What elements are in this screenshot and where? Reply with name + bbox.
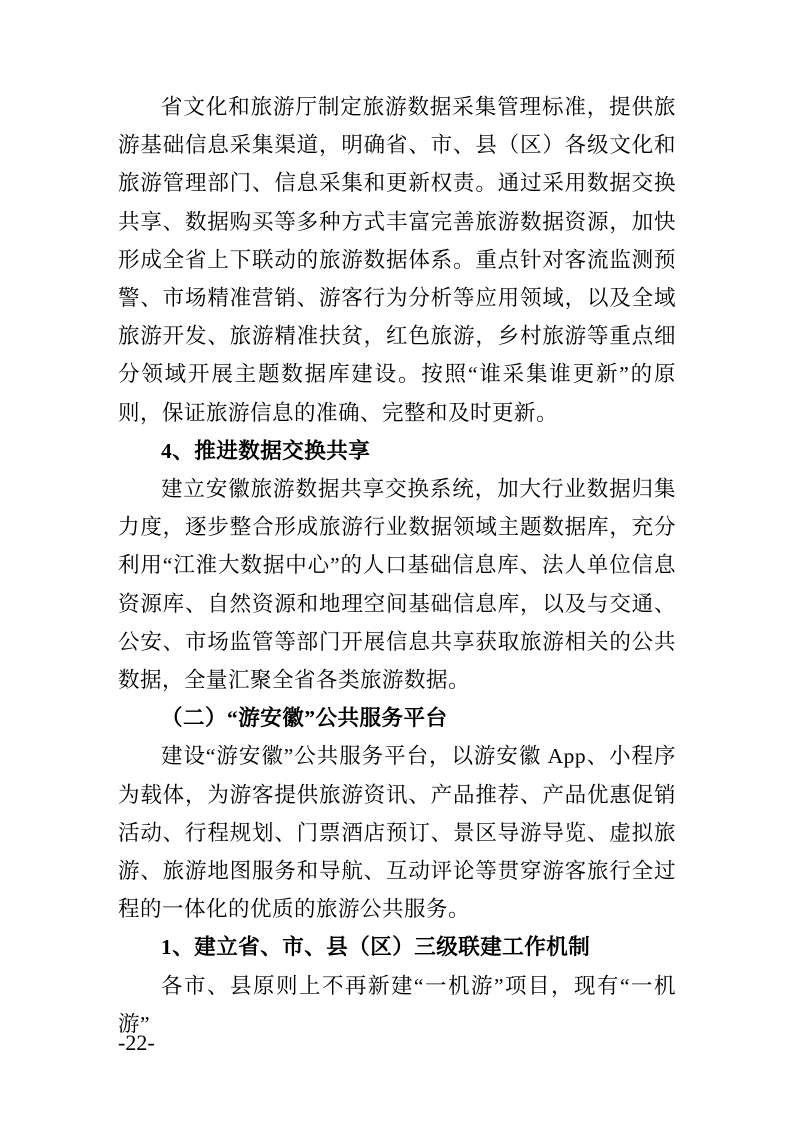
document-body: 省文化和旅游厅制定旅游数据采集管理标准，提供旅游基础信息采集渠道，明确省、市、县… <box>118 88 676 1043</box>
heading-4-promote-data-exchange-sharing: 4、推进数据交换共享 <box>118 432 676 470</box>
paragraph-data-collection-standards: 省文化和旅游厅制定旅游数据采集管理标准，提供旅游基础信息采集渠道，明确省、市、县… <box>118 88 676 432</box>
paragraph-one-app-travel-projects: 各市、县原则上不再新建“一机游”项目，现有“一机游” <box>118 967 676 1043</box>
page-number: -22- <box>118 1028 155 1058</box>
heading-2-you-anhui-public-service-platform: （二）“游安徽”公共服务平台 <box>118 699 676 737</box>
paragraph-you-anhui-platform-services: 建设“游安徽”公共服务平台，以游安徽 App、小程序为载体，为游客提供旅游资讯、… <box>118 737 676 928</box>
document-page: 省文化和旅游厅制定旅游数据采集管理标准，提供旅游基础信息采集渠道，明确省、市、县… <box>0 0 793 1122</box>
heading-1-three-level-joint-construction-mechanism: 1、建立省、市、县（区）三级联建工作机制 <box>118 928 676 966</box>
paragraph-anhui-data-sharing-system: 建立安徽旅游数据共享交换系统，加大行业数据归集力度，逐步整合形成旅游行业数据领域… <box>118 470 676 699</box>
